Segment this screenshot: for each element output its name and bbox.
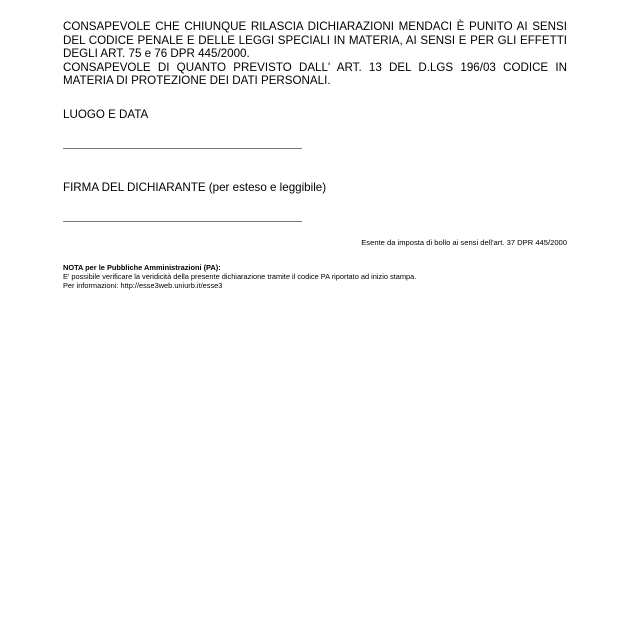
pa-note-info-link: Per informazioni: http://esse3web.uniurb… — [63, 281, 416, 290]
place-date-label: LUOGO E DATA — [63, 108, 148, 122]
pa-note: NOTA per le Pubbliche Amministrazioni (P… — [63, 263, 416, 290]
pa-note-verification: E' possibile verificare la veridicità de… — [63, 272, 416, 281]
declaration-block: CONSAPEVOLE CHE CHIUNQUE RILASCIA DICHIA… — [63, 20, 567, 88]
pa-note-title: NOTA per le Pubbliche Amministrazioni (P… — [63, 263, 416, 272]
place-date-line — [63, 148, 302, 149]
stamp-exemption-note: Esente da imposta di bollo ai sensi dell… — [361, 238, 567, 248]
declaration-privacy: CONSAPEVOLE DI QUANTO PREVISTO DALL' ART… — [63, 61, 567, 88]
signature-line — [63, 221, 302, 222]
declaration-false-statements: CONSAPEVOLE CHE CHIUNQUE RILASCIA DICHIA… — [63, 20, 567, 61]
signature-label: FIRMA DEL DICHIARANTE (per esteso e legg… — [63, 181, 326, 195]
